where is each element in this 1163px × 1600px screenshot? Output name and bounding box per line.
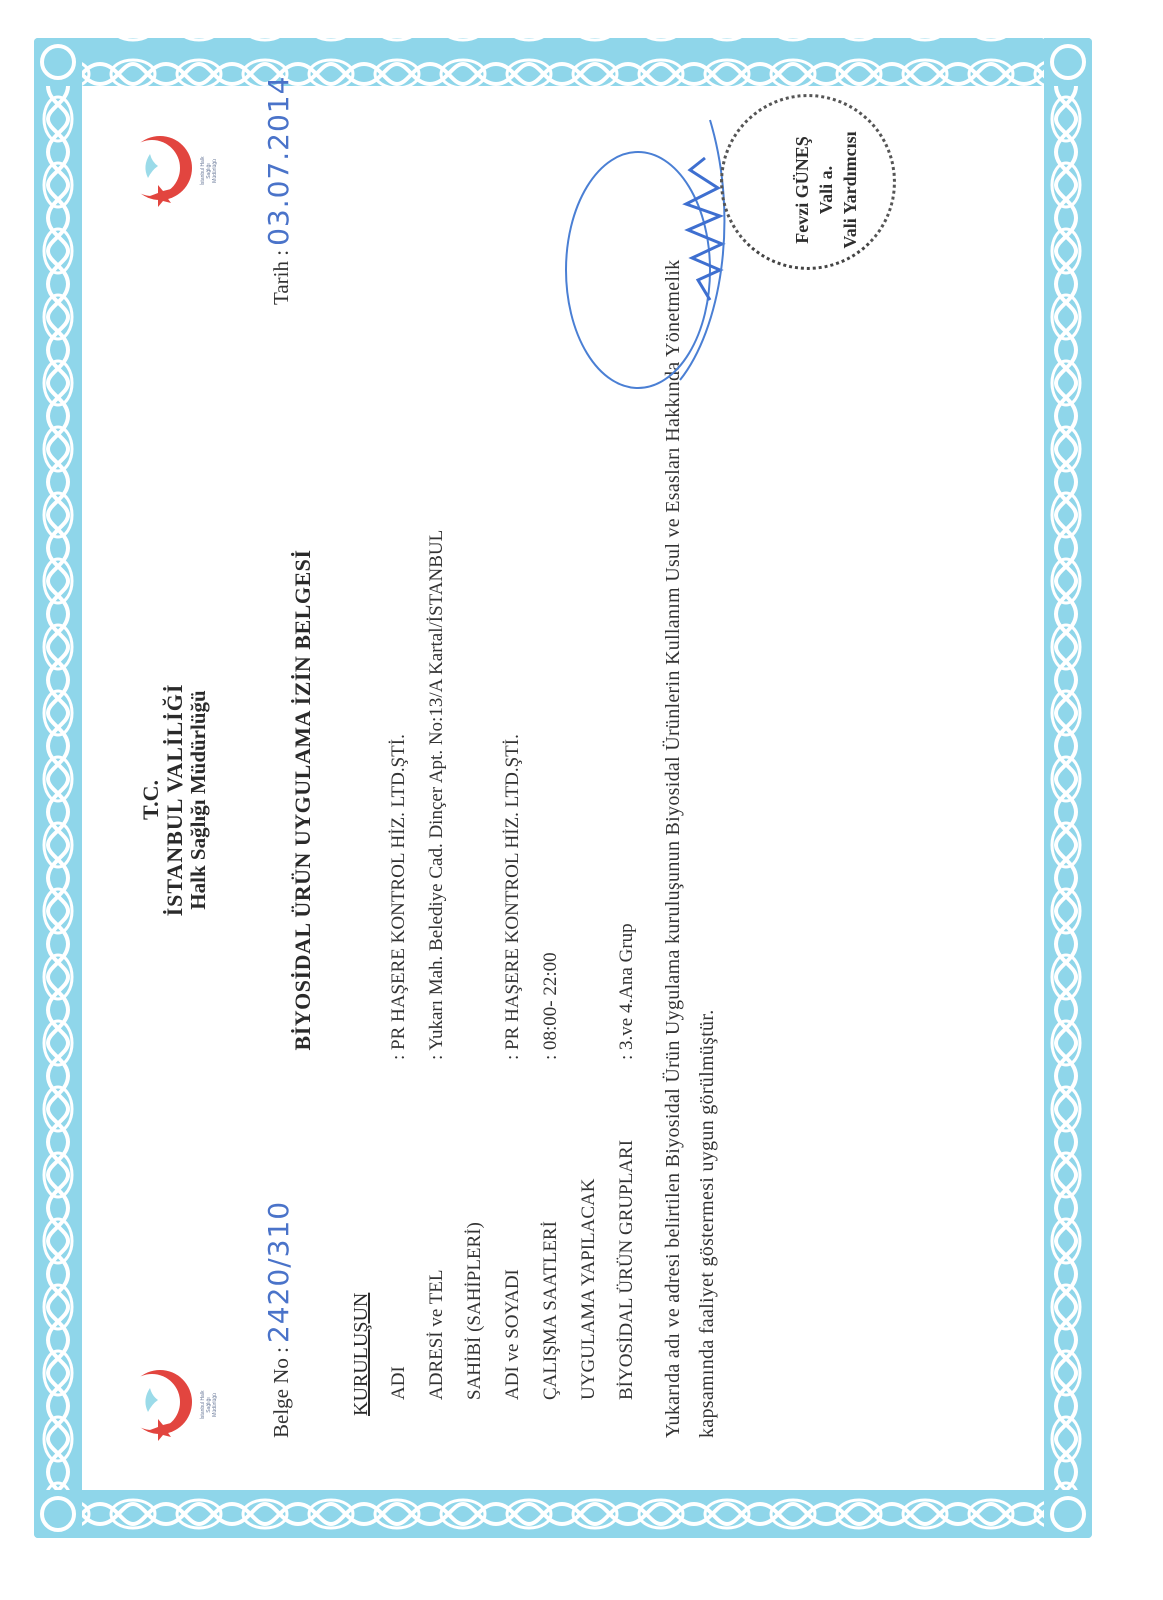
detail-value: : PR HAŞERE KONTROL HİZ. LTD.ŞTİ. — [388, 734, 410, 1060]
header-tc: T.C. — [138, 0, 164, 1600]
approval-text-line-2: kapsamında faaliyet göstermesi uygun gör… — [696, 1009, 719, 1438]
signatory-role: Vali a. — [816, 70, 837, 310]
detail-value: : 08:00- 22:00 — [540, 952, 562, 1060]
section-heading: KURULUŞUN — [350, 1293, 373, 1416]
detail-label: BİYOSİDAL ÜRÜN GRUPLARI — [616, 1140, 638, 1400]
signatory-name: Fevzi GÜNEŞ — [792, 70, 813, 310]
detail-label: SAHİBİ (SAHİPLERİ) — [464, 1222, 486, 1400]
detail-label: ÇALIŞMA SAATLERİ — [540, 1221, 562, 1400]
detail-label: ADRESİ ve TEL — [426, 1269, 448, 1400]
detail-value: : 3.ve 4.Ana Grup — [616, 923, 638, 1060]
certificate-page: İstanbul Halk Sağlığı Müdürlüğü İstanbul… — [0, 0, 1163, 1600]
detail-label: UYGULAMA YAPILACAK — [578, 1179, 600, 1401]
detail-label: ADI ve SOYADI — [502, 1269, 524, 1400]
signatory-title: Vali Yardımcısı — [840, 70, 861, 310]
header-governorship: İSTANBUL VALİLİĞİ — [162, 0, 188, 1600]
detail-value: : PR HAŞERE KONTROL HİZ. LTD.ŞTİ. — [502, 734, 524, 1060]
detail-value: : Yukarı Mah. Belediye Cad. Dinçer Apt. … — [426, 530, 448, 1060]
certificate-title: BİYOSİDAL ÜRÜN UYGULAMA İZİN BELGESİ — [290, 0, 316, 1600]
approval-text-line-1: Yukarıda adı ve adresi belirtilen Biyosi… — [662, 260, 685, 1438]
detail-label: ADI — [388, 1366, 410, 1400]
header-directorate: Halk Sağlığı Müdürlüğü — [186, 0, 211, 1600]
